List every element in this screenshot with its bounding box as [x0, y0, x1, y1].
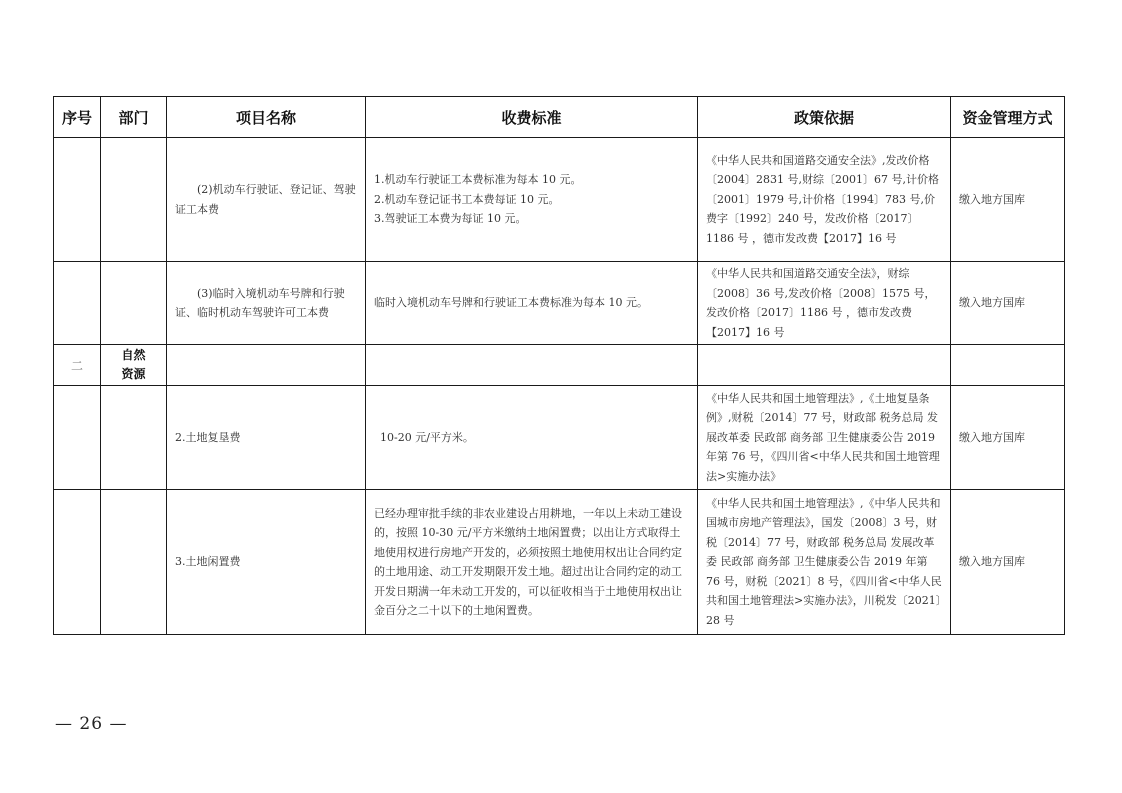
row-standard-cell: 临时入境机动车号牌和行驶证工本费标准为每本 10 元。 — [366, 262, 698, 345]
row-management-cell — [951, 345, 1065, 386]
row-basis: 《中华人民共和国土地管理法》,《中华人民共和国城市房地产管理法》，国发〔2008… — [698, 494, 950, 631]
fee-table: 序号 部门 项目名称 收费标准 政策依据 资金管理方式 (2)机动车行驶证、登记… — [53, 96, 1065, 635]
row-management-cell: 缴入地方国库 — [951, 262, 1065, 345]
row-basis: 《中华人民共和国土地管理法》,《土地复垦条例》,财税〔2014〕77 号，财政部… — [698, 389, 950, 487]
page-number: — 26 — — [55, 714, 127, 734]
header-management: 资金管理方式 — [951, 97, 1065, 138]
row-management-cell: 缴入地方国库 — [951, 138, 1065, 262]
row-management-cell: 缴入地方国库 — [951, 490, 1065, 635]
row-no — [54, 262, 101, 345]
header-no: 序号 — [54, 97, 101, 138]
header-name: 项目名称 — [167, 97, 366, 138]
header-dept: 部门 — [101, 97, 167, 138]
section-dept-label: 自然资源 — [120, 346, 148, 384]
row-name: (3)临时入境机动车号牌和行驶证、临时机动车驾驶许可工本费 — [167, 284, 365, 323]
row-standard-line: 临时入境机动车号牌和行驶证工本费标准为每本 10 元。 — [374, 293, 689, 313]
row-standard-line: 已经办理审批手续的非农业建设占用耕地，一年以上未动工建设的，按照 10-30 元… — [374, 504, 689, 621]
row-basis-cell: 《中华人民共和国土地管理法》,《土地复垦条例》,财税〔2014〕77 号，财政部… — [698, 386, 951, 490]
row-standard-cell: 1.机动车行驶证工本费标准为每本 10 元。 2.机动车登记证书工本费每证 10… — [366, 138, 698, 262]
row-no — [54, 490, 101, 635]
row-management-cell: 缴入地方国库 — [951, 386, 1065, 490]
header-standard: 收费标准 — [366, 97, 698, 138]
row-basis-cell: 《中华人民共和国道路交通安全法》，财综〔2008〕36 号,发改价格〔2008〕… — [698, 262, 951, 345]
table-header-row: 序号 部门 项目名称 收费标准 政策依据 资金管理方式 — [54, 97, 1065, 138]
row-basis: 《中华人民共和国道路交通安全法》，财综〔2008〕36 号,发改价格〔2008〕… — [698, 264, 950, 342]
row-basis: 《中华人民共和国道路交通安全法》,发改价格〔2004〕2831 号,财综〔200… — [698, 151, 950, 249]
section-no: 二 — [54, 345, 101, 386]
row-basis-cell: 《中华人民共和国道路交通安全法》,发改价格〔2004〕2831 号,财综〔200… — [698, 138, 951, 262]
row-standard-cell: 10-20 元/平方米。 — [366, 386, 698, 490]
row-name-cell — [167, 345, 366, 386]
row-name-cell: 2.土地复垦费 — [167, 386, 366, 490]
table-section-row: 二 自然资源 — [54, 345, 1065, 386]
row-management: 缴入地方国库 — [951, 293, 1064, 313]
row-dept — [101, 138, 167, 262]
row-standard-line: 10-20 元/平方米。 — [380, 428, 689, 448]
row-management: 缴入地方国库 — [951, 190, 1064, 210]
row-name-cell: (3)临时入境机动车号牌和行驶证、临时机动车驾驶许可工本费 — [167, 262, 366, 345]
row-no — [54, 386, 101, 490]
section-dept: 自然资源 — [101, 345, 167, 386]
row-name: 3.土地闲置费 — [167, 552, 365, 572]
row-standard-line: 1.机动车行驶证工本费标准为每本 10 元。 — [374, 170, 689, 190]
row-standard-line: 3.驾驶证工本费为每证 10 元。 — [374, 209, 689, 229]
row-name-cell: 3.土地闲置费 — [167, 490, 366, 635]
row-name: 2.土地复垦费 — [167, 428, 365, 448]
row-name-cell: (2)机动车行驶证、登记证、驾驶证工本费 — [167, 138, 366, 262]
row-basis-cell: 《中华人民共和国土地管理法》,《中华人民共和国城市房地产管理法》，国发〔2008… — [698, 490, 951, 635]
table-row: 2.土地复垦费 10-20 元/平方米。 《中华人民共和国土地管理法》,《土地复… — [54, 386, 1065, 490]
row-dept — [101, 262, 167, 345]
row-dept — [101, 490, 167, 635]
row-management: 缴入地方国库 — [951, 552, 1064, 572]
table-row: 3.土地闲置费 已经办理审批手续的非农业建设占用耕地，一年以上未动工建设的，按照… — [54, 490, 1065, 635]
row-no — [54, 138, 101, 262]
header-basis: 政策依据 — [698, 97, 951, 138]
row-dept — [101, 386, 167, 490]
row-basis-cell — [698, 345, 951, 386]
row-management: 缴入地方国库 — [951, 428, 1064, 448]
row-name: (2)机动车行驶证、登记证、驾驶证工本费 — [167, 180, 365, 219]
row-standard-cell — [366, 345, 698, 386]
table-row: (2)机动车行驶证、登记证、驾驶证工本费 1.机动车行驶证工本费标准为每本 10… — [54, 138, 1065, 262]
row-standard-cell: 已经办理审批手续的非农业建设占用耕地，一年以上未动工建设的，按照 10-30 元… — [366, 490, 698, 635]
row-standard-line: 2.机动车登记证书工本费每证 10 元。 — [374, 190, 689, 210]
table-row: (3)临时入境机动车号牌和行驶证、临时机动车驾驶许可工本费 临时入境机动车号牌和… — [54, 262, 1065, 345]
